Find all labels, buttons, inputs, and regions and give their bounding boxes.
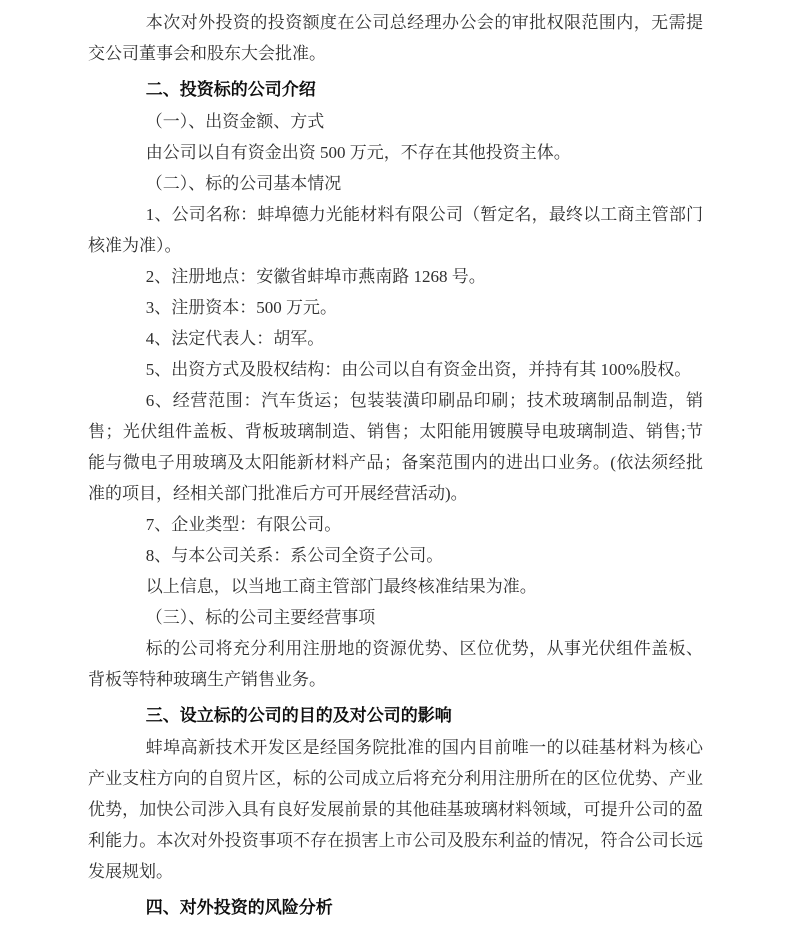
paragraph: （二）、标的公司基本情况 xyxy=(88,168,703,199)
section-heading: 四、对外投资的风险分析 xyxy=(88,892,703,923)
paragraph: （三）、标的公司主要经营事项 xyxy=(88,602,703,633)
paragraph: 1、公司名称：蚌埠德力光能材料有限公司（暂定名，最终以工商主管部门核准为准）。 xyxy=(88,199,703,261)
paragraph: 4、法定代表人：胡军。 xyxy=(88,323,703,354)
document-body: 本次对外投资的投资额度在公司总经理办公会的审批权限范围内，无需提交公司董事会和股… xyxy=(88,7,703,923)
section-heading: 二、投资标的公司介绍 xyxy=(88,74,703,105)
paragraph: 由公司以自有资金出资 500 万元，不存在其他投资主体。 xyxy=(88,137,703,168)
paragraph: 7、企业类型：有限公司。 xyxy=(88,509,703,540)
document-page: 本次对外投资的投资额度在公司总经理办公会的审批权限范围内，无需提交公司董事会和股… xyxy=(0,0,788,952)
paragraph: 标的公司将充分利用注册地的资源优势、区位优势，从事光伏组件盖板、背板等特种玻璃生… xyxy=(88,633,703,695)
paragraph: 本次对外投资的投资额度在公司总经理办公会的审批权限范围内，无需提交公司董事会和股… xyxy=(88,7,703,69)
paragraph: 3、注册资本：500 万元。 xyxy=(88,292,703,323)
section-heading: 三、设立标的公司的目的及对公司的影响 xyxy=(88,700,703,731)
paragraph: 5、出资方式及股权结构：由公司以自有资金出资，并持有其 100%股权。 xyxy=(88,354,703,385)
paragraph: 6、经营范围：汽车货运；包装装潢印刷品印刷；技术玻璃制品制造，销售；光伏组件盖板… xyxy=(88,385,703,509)
paragraph: （一）、出资金额、方式 xyxy=(88,106,703,137)
paragraph: 2、注册地点：安徽省蚌埠市燕南路 1268 号。 xyxy=(88,261,703,292)
paragraph: 以上信息，以当地工商主管部门最终核准结果为准。 xyxy=(88,571,703,602)
paragraph: 8、与本公司关系：系公司全资子公司。 xyxy=(88,540,703,571)
paragraph: 蚌埠高新技术开发区是经国务院批准的国内目前唯一的以硅基材料为核心产业支柱方向的自… xyxy=(88,732,703,887)
